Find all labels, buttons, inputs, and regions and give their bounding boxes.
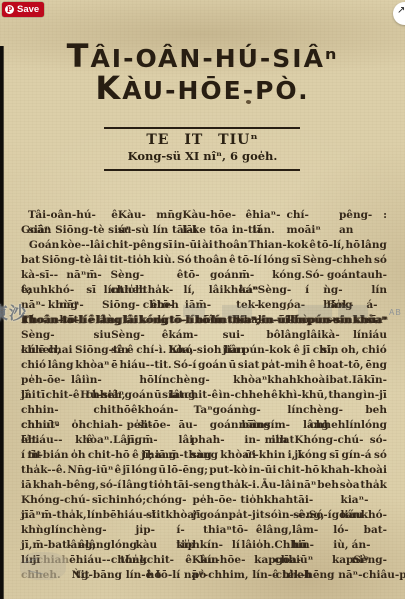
body-line: tha̍k--ê.Nn̄g-iūⁿêjīlóngūlō-ēng;put-kòin… <box>21 463 387 478</box>
body-line: kà-sī--ê;nāⁿm̄-sīSèng-chhehêtō-lí,goánm̄… <box>21 268 387 283</box>
body-line: jī,m̄-bat-jīêlânglóng-chóngtio̍hkín-kínl… <box>21 538 387 553</box>
screenshot-root: TÂI-OÂN-HÚ-SIÂⁿ KÀU-HŌE-PÒ. TE IT TIUⁿ K… <box>0 0 405 599</box>
body-line: Goān Siōng-tè siúⁿ-sù lín tāi-ke tōa in-… <box>21 223 387 238</box>
body-line: Tâi-oân-hú-siâⁿêKàu-sumn̄gKàu-hōe-lāiêhi… <box>21 208 387 223</box>
left-edge-stamp: 東沙 <box>0 299 27 324</box>
body-line: lâitīchit-êHú-siâⁿgoánūsiatchit-êìn-chhe… <box>21 388 387 403</box>
right-edge-mark: AB <box>389 308 402 317</box>
watermark-box <box>338 305 368 317</box>
masthead-rule-bottom <box>104 169 300 171</box>
body-text: Tâi-oân-hú-siâⁿêKàu-sumn̄gKàu-hōe-lāiêhi… <box>21 208 387 583</box>
body-line: Sèng-chheh,siuSèng-sînêkám-hòa,sui-jiânb… <box>21 328 387 343</box>
body-line: khǹglínchèng-lâng,ji̍p-kàuí-ki̍pthiaⁿtō-… <box>21 523 387 538</box>
body-line: chheh. Ǹg-bāng lín-ê tō-lí nāⁿ-chhim, lí… <box>21 568 387 583</box>
watermark-box <box>222 305 252 317</box>
masthead-rule-top <box>104 127 300 129</box>
body-line: Khóng-chú-jīsīchinhó;chóng-sīpe̍h-ōe-jīt… <box>21 493 387 508</box>
masthead-title-line1: TÂI-OÂN-HÚ-SIÂⁿ <box>0 40 405 72</box>
body-line: Goánkòe--lâichit-pêngsīin-ūiàithoânThian… <box>21 238 387 253</box>
body-line: ēhiáu--titkhòaⁿ.Lângm̄-thangphah-sǹgin-ū… <box>21 433 387 448</box>
arrow-up-right-icon: ↗ <box>397 6 405 16</box>
body-line: ím̄-biáno̍hchit-hōêjī;iām̄-thangkhòaⁿ-kh… <box>21 448 387 463</box>
body-line: chhut-la̍to̍hchiah-êpe̍h-ōe-jī;āu-lâigoá… <box>21 418 387 433</box>
watermark-box <box>183 305 205 317</box>
body-line: línchiahēhiáu--tittha̍kchit-hōêKàu-hōe-p… <box>21 553 387 568</box>
body-line: nāⁿm̄-tha̍k,línbēhiáu--titkhòaⁿgoánpa̍t-… <box>21 508 387 523</box>
faded-stain <box>20 552 66 580</box>
watermark-box <box>298 305 332 317</box>
issue-date: Kong-sü XI nîⁿ, 6 goe̍h. <box>0 149 405 163</box>
body-line: batSiōng-tèlâitit-tio̍hkiù.Sóthoânêtō-lí… <box>21 253 387 268</box>
issue-number: TE IT TIUⁿ <box>0 132 405 148</box>
body-line: chhin-chhiūⁿchithōêkhoán-sit.Taⁿgoánǹg-b… <box>21 403 387 418</box>
masthead-title-line2: KÀU-HŌE-PÒ. <box>0 72 405 104</box>
body-line: pe̍h-ōe-jīlâiìn-chheh,hōlínchèng-lângkhò… <box>21 373 387 388</box>
save-button-label: Save <box>17 5 39 15</box>
body-line: iākhah-bêng,só-ílângtio̍htāi-sengtha̍k-i… <box>21 478 387 493</box>
body-line: kúēchaiSiōng-tèêchí-ì.Khó-siohlínpún-kok… <box>21 343 387 358</box>
body-line: tauhkhó-khǹglíntio̍htha̍k-chhehlâikhòaⁿS… <box>21 283 387 298</box>
pinterest-save-button[interactable]: P Save <box>2 2 44 17</box>
pinterest-logo-icon: P <box>5 5 14 14</box>
body-line: chiólângkhòaⁿēhiáu--tit.Só-ígoánūsiatpa̍… <box>21 358 387 373</box>
